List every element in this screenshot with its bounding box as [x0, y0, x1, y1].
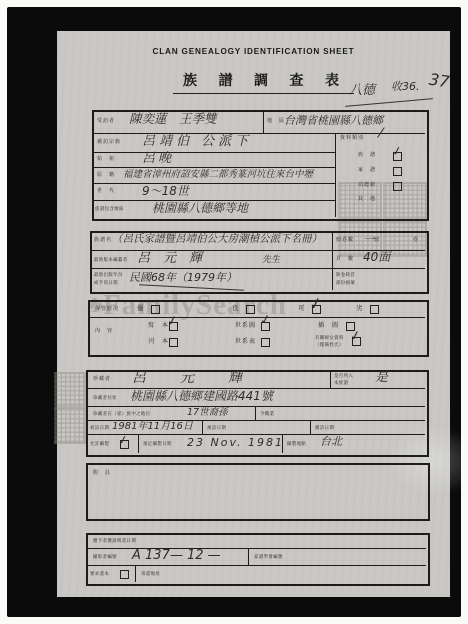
field-compiler-label: 最新版本編纂者 — [94, 257, 128, 262]
checkmark: ✓ — [259, 312, 272, 329]
content-manuscript-label: 寫 本 — [148, 323, 169, 330]
field-generations-label: 世 代 — [97, 189, 115, 195]
row-line — [86, 565, 426, 566]
english-title: CLAN GENEALOGY IDENTIFICATION SHEET — [57, 47, 450, 56]
checkmark: ✓ — [391, 143, 403, 159]
volumes-unit-label: 冊 — [374, 238, 380, 244]
content-illustrations-label: 插 圖 — [318, 323, 339, 330]
field-filming-place-label: 攝製地點 — [287, 441, 306, 446]
field-filming-permitted-label: 允許攝製 — [90, 441, 109, 446]
field-coverage-label: 族譜包含地區 — [95, 206, 124, 211]
field-condition-label: 保管狀況 — [95, 307, 119, 313]
condition-good-label: 良 — [232, 305, 240, 312]
field-pages-label: 頁 數 — [336, 257, 354, 263]
compiler-honorific: 先生 — [262, 256, 280, 265]
fascicles-unit-label: 卷 — [413, 238, 419, 244]
field-origin-value: 福建省漳州府詔安縣二都秀篆河坑住來台中壢 — [123, 170, 313, 180]
form-paper: ♣ FamilySearch CLAN GENEALOGY IDENTIFICA… — [57, 31, 450, 597]
row-line — [88, 317, 425, 318]
row-line — [92, 167, 335, 168]
archive-seal-watermark — [54, 407, 86, 444]
checkmark: ✓ — [307, 293, 324, 314]
field-return-address-label: 寄還地址 — [141, 571, 160, 576]
condition-fair-label: 可 — [298, 305, 306, 312]
field-listed-label-line2: 本族譜 — [334, 380, 348, 385]
field-listed-value: 是 — [375, 371, 388, 384]
handwritten-page-note: 37 — [428, 72, 450, 91]
field-keeper-position-label: 珍藏者在（家）族中之地位 — [93, 411, 151, 416]
checkbox-condition-good — [246, 305, 255, 314]
divider-line — [138, 434, 139, 453]
divider-line — [310, 420, 311, 434]
divider-line — [332, 231, 333, 290]
checkbox-family-genealogy — [393, 167, 402, 176]
checkbox-pedigree-table — [261, 338, 270, 347]
section-notes — [86, 463, 430, 521]
field-keeper-value: 呂 元 輝 — [132, 371, 252, 385]
field-clan-value: 呂靖伯 公派下 — [142, 135, 252, 148]
field-title-value: （呂氏家譜暨呂靖伯公大房潮楨公派下名冊） — [112, 234, 322, 245]
checkbox-condition-excellent — [151, 305, 160, 314]
field-filming-date-value: 23 Nov. 1981 — [187, 437, 284, 448]
row-line — [92, 152, 335, 153]
checkmark: ✓ — [166, 313, 179, 330]
field-pubyear-value: 民國68年（1979年） — [129, 272, 237, 283]
field-origin-label: 原 籍 — [97, 173, 115, 179]
field-pubyear-label-line1: 最新出版年份 — [94, 272, 123, 277]
handwritten-location-note: 八德 — [349, 84, 375, 97]
field-filming-place-value: 台北 — [320, 436, 342, 447]
divider-line — [330, 370, 331, 388]
divider-line — [263, 110, 264, 133]
field-keeper-position-value: 17世裔孫 — [187, 408, 228, 418]
field-area-value: 台灣省桃園縣八德鄉 — [284, 115, 383, 126]
row-line — [86, 434, 425, 435]
field-title-label: 族譜名 — [94, 238, 112, 244]
divider-line — [135, 565, 136, 582]
field-receipt-date-label: 贈予者獲說明書日期 — [93, 538, 136, 543]
field-generations-value: 9～18世 — [142, 185, 189, 197]
field-volumes-label: 冊卷數 — [336, 238, 354, 244]
checkbox-condition-poor — [370, 305, 379, 314]
category-header-label: 資料類別 — [340, 136, 364, 142]
content-women-records-label-line1: 有關婦女資料 — [315, 335, 344, 340]
field-notes-label: 附 註 — [93, 471, 111, 477]
page-title: 族 譜 調 查 表 — [173, 70, 354, 94]
field-ancestor-label: 始 祖 — [97, 157, 115, 163]
content-women-records-label-line2: （僅備姓氏） — [315, 342, 344, 347]
field-interviewee-label: 受訪者 — [97, 119, 115, 125]
content-pedigree-table-label: 世系表 — [235, 339, 256, 346]
field-listed-label-line1: 是否列入 — [334, 373, 353, 378]
divider-line — [335, 133, 336, 217]
field-keeper-address-label: 珍藏者住址 — [93, 395, 117, 400]
field-content-label: 內 容 — [95, 329, 113, 335]
field-second-visit-label: 複訪日期 — [207, 425, 226, 430]
field-followup-visit-label: 續訪日期 — [315, 425, 334, 430]
checkmark: ✓ — [117, 432, 129, 448]
field-first-visit-value: 1981年11月16日 — [112, 422, 193, 432]
field-missing-label-line1: 缺卷缺頁 — [336, 272, 355, 277]
field-pubyear-label-line2: 或手寫日期 — [94, 280, 118, 285]
field-keeper-address-value: 桃園縣八德鄉建國路441號 — [130, 390, 273, 402]
category-family-genealogy-label: 家 譜 — [358, 168, 376, 174]
content-pedigree-chart-label: 世系圖 — [235, 323, 256, 330]
field-area-label: 地 區 — [267, 119, 285, 125]
content-printed-label: 刊 本 — [148, 339, 169, 346]
checkmark: ✓ — [349, 328, 362, 345]
row-line — [90, 268, 425, 269]
field-coverage-value: 桃園縣八德鄉等地 — [152, 202, 248, 214]
category-other-label: 其 他 — [358, 197, 376, 203]
field-occupation-label: 今職業 — [260, 411, 274, 416]
divider-line — [248, 548, 249, 565]
category-clan-genealogy-label: 族 譜 — [358, 153, 376, 159]
field-volumes-value: 一 — [363, 234, 374, 245]
field-keeper-label: 珍藏者 — [93, 377, 111, 383]
condition-poor-label: 劣 — [356, 305, 364, 312]
handwritten-number-note: 收36. — [391, 81, 420, 92]
field-first-visit-label: 初訪日期 — [90, 425, 109, 430]
field-interviewee-value: 陳奕蓮 王季雙 — [129, 113, 217, 126]
checkbox-printed — [169, 338, 178, 347]
checkbox-merit-roster — [393, 182, 402, 191]
field-missing-label-line2: 部份損壞 — [336, 280, 355, 285]
field-filming-date-label: 預定攝製日期 — [143, 441, 172, 446]
field-society-number-label: 家譜學會編號 — [254, 554, 283, 559]
field-compiler-value: 呂 元 輝 — [137, 252, 202, 265]
category-merit-roster-label: 功德榜 — [358, 183, 376, 189]
field-photographer-number-value: A 137— 12 — — [132, 549, 221, 562]
microfilm-scan: ♣ FamilySearch CLAN GENEALOGY IDENTIFICA… — [0, 0, 468, 624]
divider-line — [255, 406, 256, 420]
archive-seal-watermark — [54, 372, 86, 407]
field-ancestor-value: 呂晚 — [142, 152, 174, 165]
field-return-requested-label: 要求還本 — [90, 571, 109, 576]
handwriting-stroke — [345, 98, 433, 107]
field-clan-label: 被訪宗族 — [97, 140, 121, 146]
divider-line — [202, 420, 203, 434]
field-photographer-number-label: 攝影者編號 — [93, 554, 117, 559]
condition-excellent-label: 優 — [137, 305, 145, 312]
checkbox-return-requested — [120, 570, 129, 579]
field-pages-value: 40面 — [363, 251, 390, 263]
row-line — [92, 183, 335, 184]
